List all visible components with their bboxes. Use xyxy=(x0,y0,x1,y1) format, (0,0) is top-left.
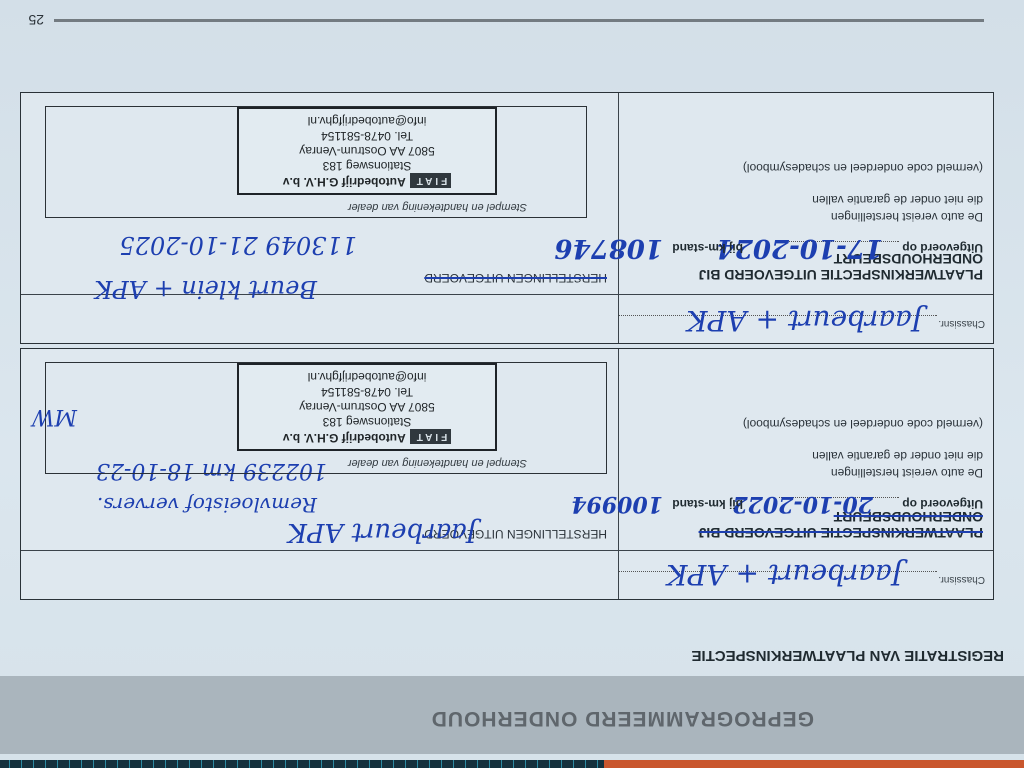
dealer-stamp: FIATAutobedrijf G.H.V. b.v Stationsweg 1… xyxy=(237,107,497,195)
stamp-phone: Tel. 0478-581154 xyxy=(247,384,487,399)
stamp-name: Autobedrijf G.H.V. b.v xyxy=(283,175,406,189)
performed-on-label: Uitgevoerd op xyxy=(902,497,983,511)
mention-code-note: (vermeld code onderdeel en schadesymbool… xyxy=(743,161,983,175)
fiat-logo: FIAT xyxy=(410,173,451,188)
right-column: HERSTELLINGEN UITGEVOERD Beurt klein + A… xyxy=(21,93,617,343)
repairs-needed-line-2: die niet onder de garantie vallen xyxy=(812,447,983,464)
mention-code-note: (vermeld code onderdeel en schadesymbool… xyxy=(743,417,983,431)
repairs-note-2: Remvloeistof ververs. xyxy=(97,493,317,517)
stamp-email: info@autobedrijfghv.nl xyxy=(247,113,487,128)
stamp-city: 5807 AA Oostrum-Venray xyxy=(247,399,487,414)
repairs-needed-note: De auto vereist herstellingen die niet o… xyxy=(812,447,983,481)
stamp-city: 5807 AA Oostrum-Venray xyxy=(247,143,487,158)
dealer-stamp: FIATAutobedrijf G.H.V. b.v Stationsweg 1… xyxy=(237,363,497,451)
left-column: PLAATWERKINSPECTIE UITGEVOERD BIJ ONDERH… xyxy=(619,349,993,599)
km-label: bij km-stand xyxy=(672,241,743,255)
page-number: 25 xyxy=(28,12,44,28)
repairs-done-label: HERSTELLINGEN UITGEVOERD xyxy=(424,271,607,285)
banner: GEPROGRAMMEERD ONDERHOUD xyxy=(0,676,1024,754)
repairs-done-text: HERSTELLINGEN UITGEVOERD xyxy=(424,271,607,285)
banner-title: GEPROGRAMMEERD ONDERHOUD xyxy=(431,706,814,730)
repairs-needed-line-1: De auto vereist herstellingen xyxy=(812,464,983,481)
repairs-note-1: Jaarbeurt APK xyxy=(288,517,477,547)
booklet-page: GEPROGRAMMEERD ONDERHOUD REGISTRATIE VAN… xyxy=(0,0,1024,760)
stamp-email: info@autobedrijfghv.nl xyxy=(247,369,487,384)
section-title: REGISTRATIE VAN PLAATWERKINSPECTIE xyxy=(691,647,1004,664)
repairs-note-1: Beurt klein + APK xyxy=(95,275,317,303)
stamp-street: Stationsweg 183 xyxy=(247,414,487,429)
photo-of-booklet-page: GEPROGRAMMEERD ONDERHOUD REGISTRATIE VAN… xyxy=(0,0,1024,768)
performed-on-label: Uitgevoerd op xyxy=(902,241,983,255)
inspection-card-1: Chassisnr. Jaarbeurt + APK PLAATWERKINSP… xyxy=(20,348,994,600)
repairs-note-3: 113049 21-10-2025 xyxy=(119,231,357,259)
stamp-phone: Tel. 0478-581154 xyxy=(247,128,487,143)
date-value: 20-10-2022 xyxy=(732,491,873,517)
left-column: PLAATWERKINSPECTIE UITGEVOERD BIJ ONDERH… xyxy=(619,93,993,343)
stamp-street: Stationsweg 183 xyxy=(247,158,487,173)
km-label: bij km-stand xyxy=(672,497,743,511)
repairs-needed-note: De auto vereist herstellingen die niet o… xyxy=(812,191,983,225)
page-rule xyxy=(54,19,984,22)
inspection-card-2: Chassisnr. Jaarbeurt + APK PLAATWERKINSP… xyxy=(20,92,994,344)
right-column: HERSTELLINGEN UITGEVOERD Jaarbeurt APK R… xyxy=(21,349,617,599)
repairs-needed-line-2: die niet onder de garantie vallen xyxy=(812,191,983,208)
fiat-logo: FIAT xyxy=(410,429,451,444)
repairs-needed-line-1: De auto vereist herstellingen xyxy=(812,208,983,225)
signature-initials: MW xyxy=(32,404,77,429)
stamp-name: Autobedrijf G.H.V. b.v xyxy=(283,431,406,445)
